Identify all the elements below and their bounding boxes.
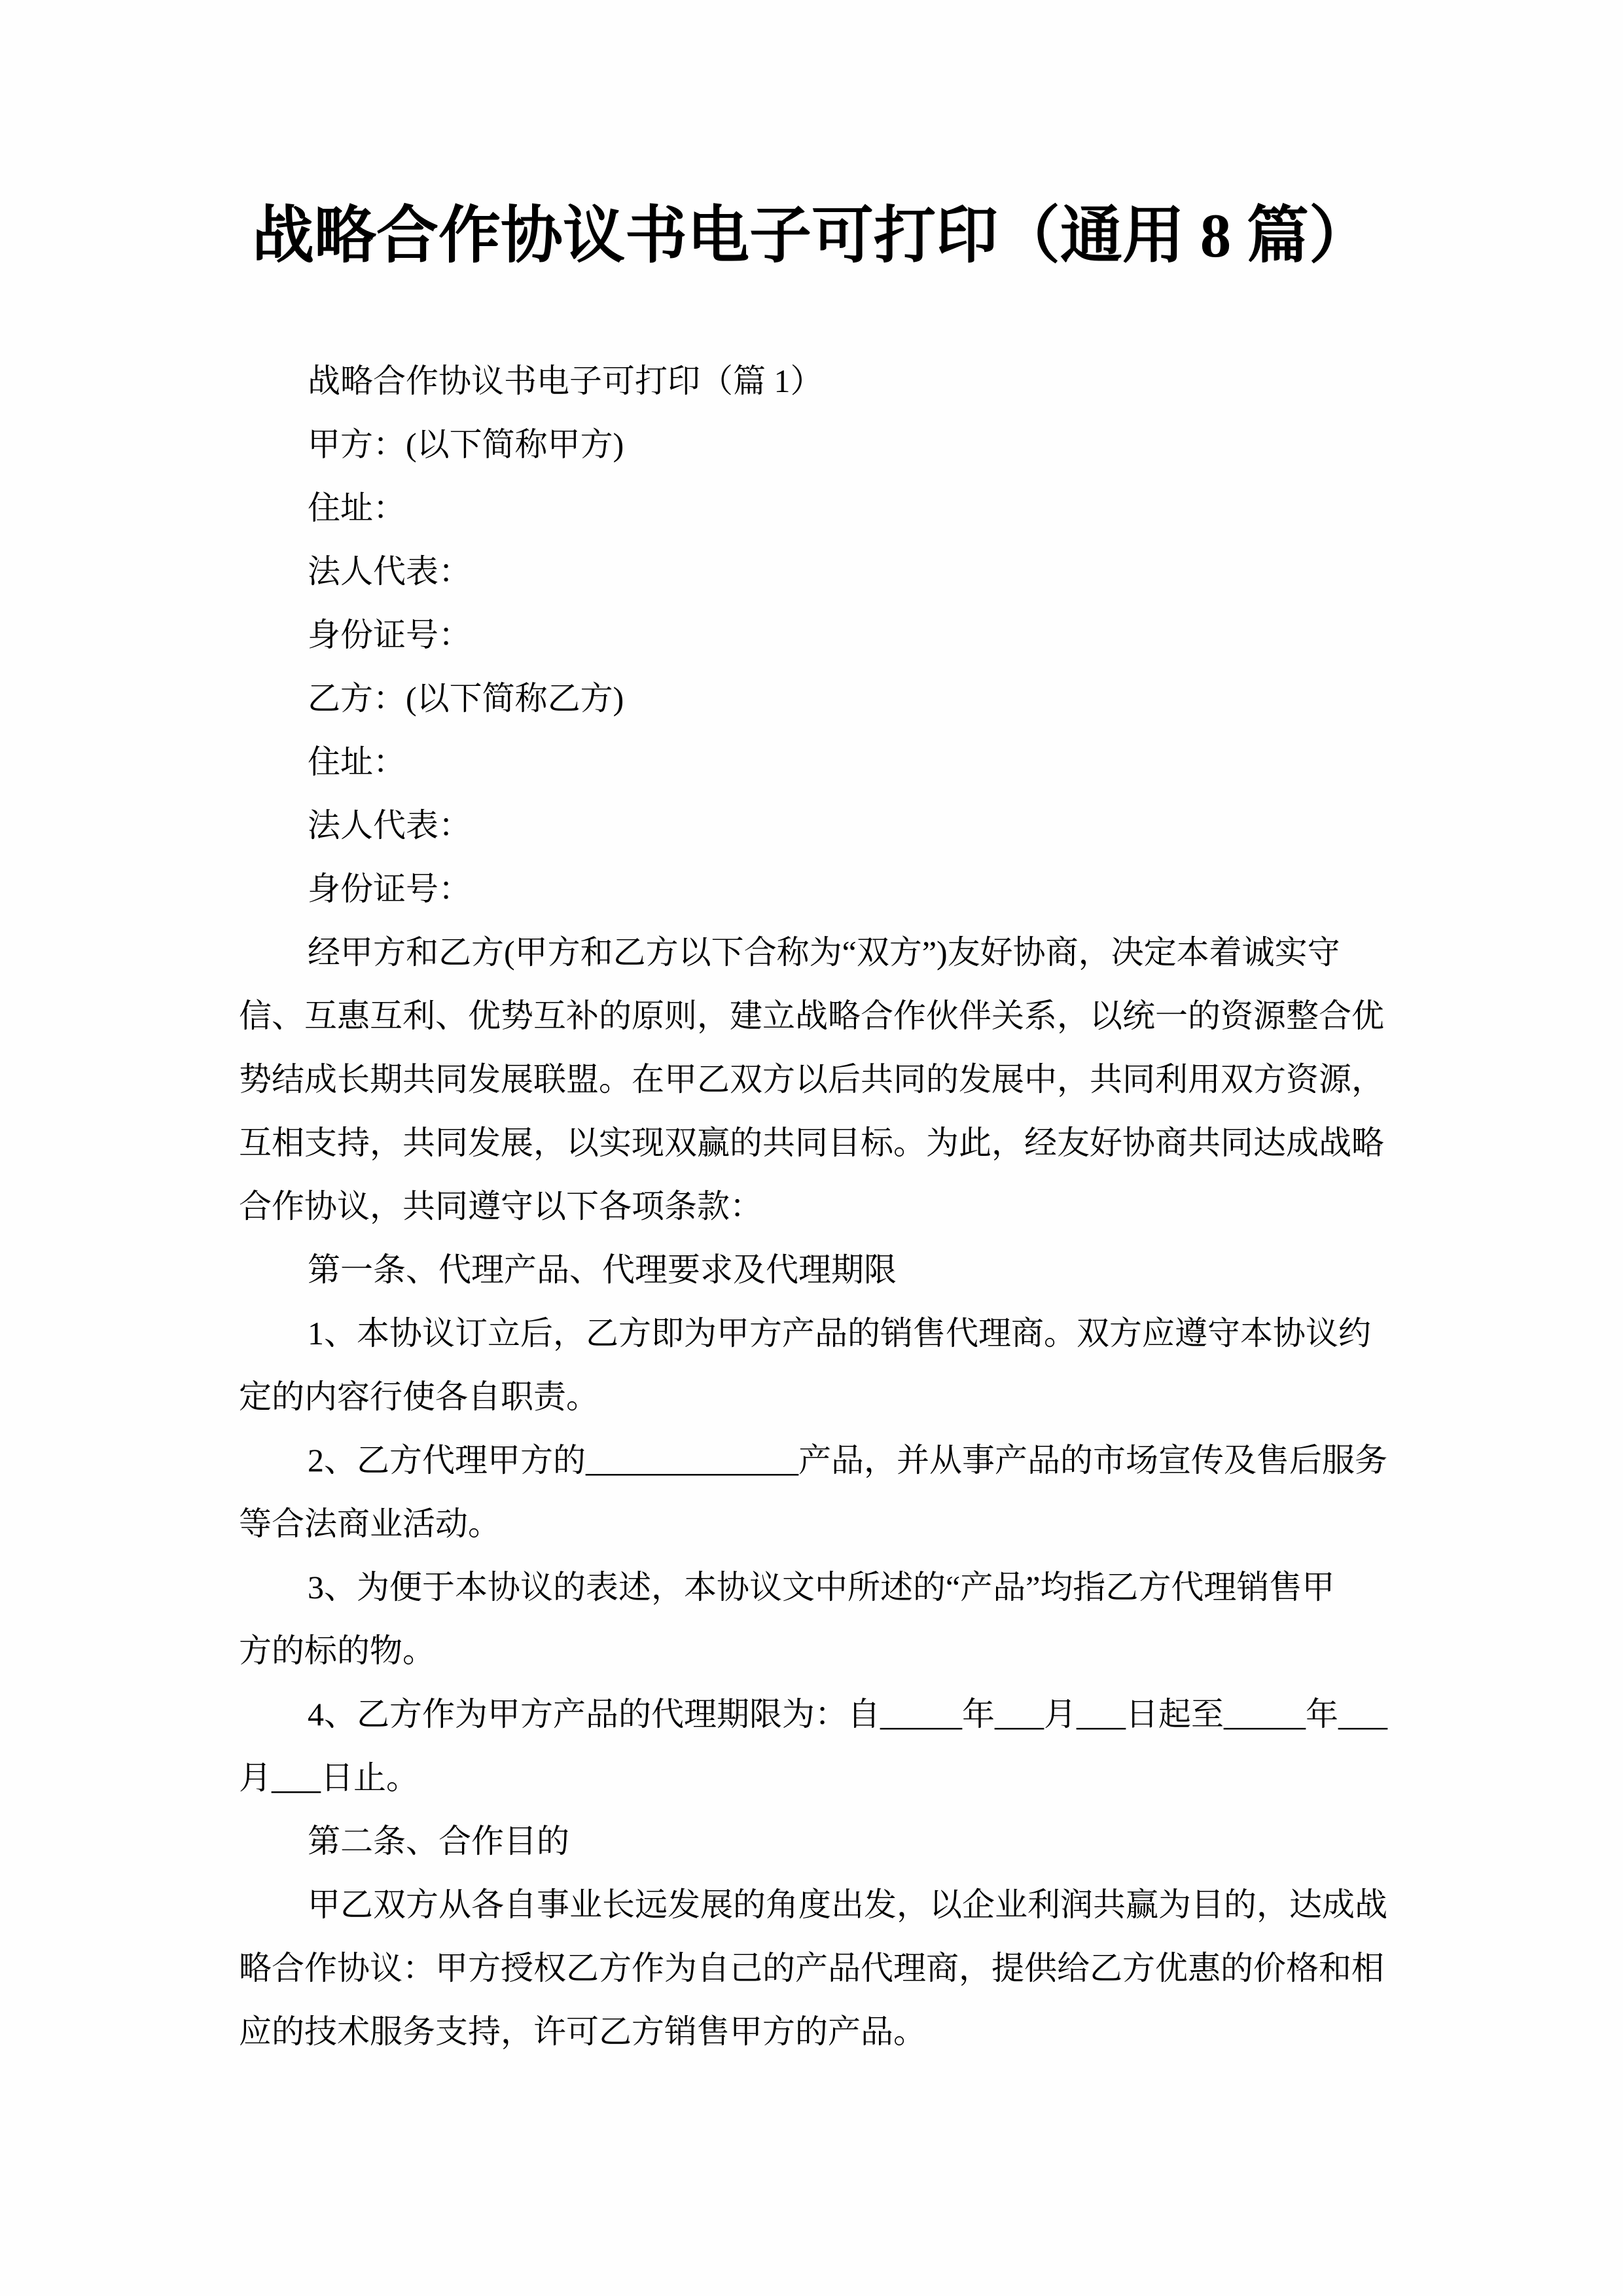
doc-line-clause-3: 3、为便于本协议的表述，本协议文中所述的“产品”均指乙方代理销售甲 xyxy=(239,1556,1391,1619)
doc-line-preamble: 合作协议，共同遵守以下各项条款： xyxy=(239,1175,1391,1238)
doc-line-article-2-body: 略合作协议：甲方授权乙方作为自己的产品代理商，提供给乙方优惠的价格和相 xyxy=(239,1937,1391,2000)
doc-line-party-a: 甲方：(以下简称甲方) xyxy=(239,413,1391,476)
doc-line-clause-1: 1、本协议订立后，乙方即为甲方产品的销售代理商。双方应遵守本协议约 xyxy=(239,1302,1391,1365)
doc-line-clause-4: 4、乙方作为甲方产品的代理期限为：自_____年___月___日起至_____年… xyxy=(239,1683,1391,1746)
doc-line-address: 住址： xyxy=(239,476,1391,540)
doc-line-article-2-body: 甲乙双方从各自事业长远发展的角度出发，以企业利润共赢为目的，达成战 xyxy=(239,1873,1391,1937)
document-page: 战略合作协议书电子可打印（通用 8 篇） 战略合作协议书电子可打印（篇 1） 甲… xyxy=(0,0,1623,2296)
doc-line-id-number: 身份证号： xyxy=(239,857,1391,921)
doc-line-article-2-body: 应的技术服务支持，许可乙方销售甲方的产品。 xyxy=(239,2000,1391,2064)
doc-line-legal-rep: 法人代表： xyxy=(239,794,1391,857)
doc-line-preamble: 势结成长期共同发展联盟。在甲乙双方以后共同的发展中，共同利用双方资源， xyxy=(239,1048,1391,1111)
doc-line-clause-1: 定的内容行使各自职责。 xyxy=(239,1365,1391,1429)
doc-line-address: 住址： xyxy=(239,730,1391,794)
doc-line-party-b: 乙方：(以下简称乙方) xyxy=(239,667,1391,730)
doc-line-clause-3: 方的标的物。 xyxy=(239,1619,1391,1683)
doc-line-clause-2: 2、乙方代理甲方的_____________产品，并从事产品的市场宣传及售后服务 xyxy=(239,1429,1391,1492)
doc-line-id-number: 身份证号： xyxy=(239,603,1391,667)
doc-line-legal-rep: 法人代表： xyxy=(239,540,1391,603)
doc-line-preamble: 互相支持，共同发展，以实现双赢的共同目标。为此，经友好协商共同达成战略 xyxy=(239,1111,1391,1175)
doc-line-preamble: 经甲方和乙方(甲方和乙方以下合称为“双方”)友好协商，决定本着诚实守 xyxy=(239,921,1391,984)
document-body: 战略合作协议书电子可打印（篇 1） 甲方：(以下简称甲方) 住址： 法人代表： … xyxy=(239,350,1391,2064)
doc-line-article-2-heading: 第二条、合作目的 xyxy=(239,1810,1391,1873)
doc-line-preamble: 信、互惠互利、优势互补的原则，建立战略合作伙伴关系，以统一的资源整合优 xyxy=(239,984,1391,1048)
doc-line-article-1-heading: 第一条、代理产品、代理要求及代理期限 xyxy=(239,1238,1391,1302)
doc-line-section-heading: 战略合作协议书电子可打印（篇 1） xyxy=(239,350,1391,413)
doc-line-clause-4: 月___日止。 xyxy=(239,1746,1391,1810)
doc-line-clause-2: 等合法商业活动。 xyxy=(239,1492,1391,1556)
page-title: 战略合作协议书电子可打印（通用 8 篇） xyxy=(0,193,1623,278)
